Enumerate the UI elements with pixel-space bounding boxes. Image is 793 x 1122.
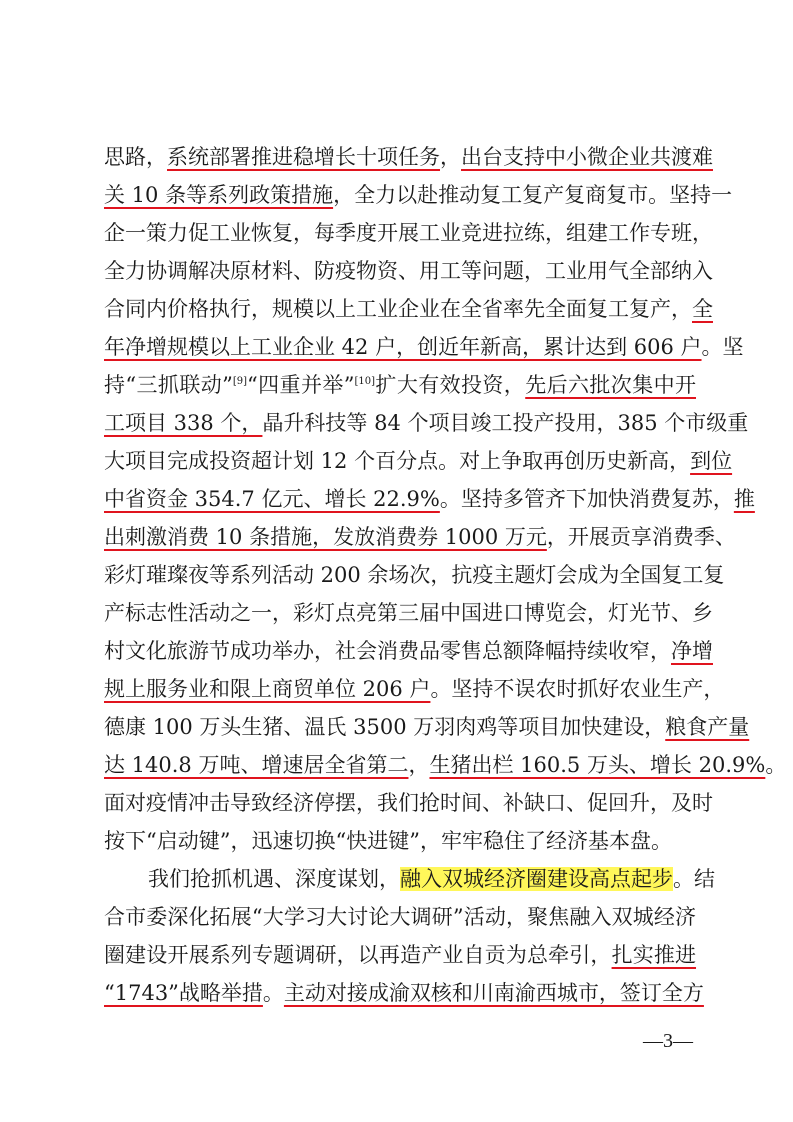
text-line: 村文化旅游节成功举办，社会消费品零售总额降幅持续收窄，净增 <box>104 632 696 670</box>
underlined-text: 到位 <box>690 449 732 473</box>
text-line: 产标志性活动之一，彩灯点亮第三届中国进口博览会，灯光节、乡 <box>104 594 696 632</box>
text-run: 思路， <box>104 145 167 169</box>
text-run: ，开展贡享消费季、 <box>547 525 736 549</box>
document-page: 思路，系统部署推进稳增长十项任务，出台支持中小微企业共渡难关 10 条等系列政策… <box>0 0 793 1122</box>
text-line: 持“三抓联动”[9]“四重并举”[10]扩大有效投资，先后六批次集中开 <box>104 366 696 404</box>
underlined-text: 净增 <box>671 639 713 663</box>
text-line: 全力协调解决原材料、防疫物资、用工等问题，工业用气全部纳入 <box>104 252 696 290</box>
text-run: 圈建设开展系列专题调研，以再造产业自贡为总牵引， <box>104 943 612 967</box>
text-run: 。坚持多管齐下加快消费复苏， <box>440 487 734 511</box>
text-run: ，全力以赴推动复工复产复商复市。坚持一 <box>333 183 732 207</box>
underlined-text: 粮食产量 <box>665 715 749 739</box>
text-line: 面对疫情冲击导致经济停摆，我们抢时间、补缺口、促回升，及时 <box>104 784 696 822</box>
text-run: 扩大有效投资， <box>375 373 525 397</box>
underlined-text: 扎实推进 <box>612 943 696 967</box>
text-run: 。结 <box>673 867 715 891</box>
highlighted-text: 融入双城经济圈建设高点起步 <box>400 867 673 891</box>
text-line: 合同内价格执行，规模以上工业企业在全省率先全面复工复产，全 <box>104 290 696 328</box>
text-run: 。 <box>263 981 284 1005</box>
text-run: 德康 100 万头生猪、温氏 3500 万羽肉鸡等项目加快建设， <box>104 715 665 739</box>
text-run: ， <box>440 145 461 169</box>
text-line: 达 140.8 万吨、增速居全省第二，生猪出栏 160.5 万头、增长 20.9… <box>104 746 696 784</box>
underlined-text: 系统部署推进稳增长十项任务 <box>167 145 440 169</box>
text-line: 规上服务业和限上商贸单位 206 户。坚持不误农时抓好农业生产， <box>104 670 696 708</box>
text-line: “1743”战略举措。主动对接成渝双核和川南渝西城市，签订全方 <box>104 974 696 1012</box>
text-run: 合同内价格执行，规模以上工业企业在全省率先全面复工复产， <box>104 297 692 321</box>
page-number: —3— <box>643 1030 693 1053</box>
text-line: 合市委深化拓展“大学习大讨论大调研”活动，聚焦融入双城经济 <box>104 898 696 936</box>
underlined-text: 出刺激消费 10 条措施，发放消费券 1000 万元 <box>104 525 547 549</box>
underlined-text: 中省资金 354.7 亿元、增长 22.9% <box>104 487 440 511</box>
underlined-text: 年净增规模以上工业企业 42 户，创近年新高，累计达到 606 户 <box>104 335 702 359</box>
text-run: 按下“启动键”，迅速切换“快进键”，牢牢稳住了经济基本盘。 <box>104 829 672 853</box>
text-line: 思路，系统部署推进稳增长十项任务，出台支持中小微企业共渡难 <box>104 138 696 176</box>
underlined-text: 推 <box>734 487 755 511</box>
text-run: 面对疫情冲击导致经济停摆，我们抢时间、补缺口、促回升，及时 <box>104 791 713 815</box>
text-run: 全力协调解决原材料、防疫物资、用工等问题，工业用气全部纳入 <box>104 259 713 283</box>
underlined-text: 关 10 条等系列政策措施 <box>104 183 333 207</box>
text-line: 德康 100 万头生猪、温氏 3500 万羽肉鸡等项目加快建设，粮食产量 <box>104 708 696 746</box>
text-run: 晶升科技等 84 个项目竣工投产投用，385 个市级重 <box>262 411 748 435</box>
underlined-text: “1743”战略举措 <box>104 981 263 1005</box>
text-run: 。坚持不误农时抓好农业生产， <box>430 677 724 701</box>
footnote-ref: [10] <box>355 376 376 387</box>
text-line: 年净增规模以上工业企业 42 户，创近年新高，累计达到 606 户。坚 <box>104 328 696 366</box>
text-run: 大项目完成投资超计划 12 个百分点。对上争取再创历史新高， <box>104 449 690 473</box>
text-run: 村文化旅游节成功举办，社会消费品零售总额降幅持续收窄， <box>104 639 671 663</box>
underlined-text: 出台支持中小微企业共渡难 <box>461 145 713 169</box>
text-line: 彩灯璀璨夜等系列活动 200 余场次，抗疫主题灯会成为全国复工复 <box>104 556 696 594</box>
text-line: 按下“启动键”，迅速切换“快进键”，牢牢稳住了经济基本盘。 <box>104 822 696 860</box>
text-run: “四重并举” <box>247 373 354 397</box>
text-line: 出刺激消费 10 条措施，发放消费券 1000 万元，开展贡享消费季、 <box>104 518 696 556</box>
footnote-ref: [9] <box>233 376 247 387</box>
body-text: 思路，系统部署推进稳增长十项任务，出台支持中小微企业共渡难关 10 条等系列政策… <box>104 138 696 1012</box>
text-line: 我们抢抓机遇、深度谋划，融入双城经济圈建设高点起步。结 <box>104 860 696 898</box>
text-run: 合市委深化拓展“大学习大讨论大调研”活动，聚焦融入双城经济 <box>104 905 696 929</box>
text-run: 。坚 <box>702 335 744 359</box>
text-run: 彩灯璀璨夜等系列活动 200 余场次，抗疫主题灯会成为全国复工复 <box>104 563 724 587</box>
text-line: 工项目 338 个，晶升科技等 84 个项目竣工投产投用，385 个市级重 <box>104 404 696 442</box>
underlined-text: 主动对接成渝双核和川南渝西城市，签订全方 <box>284 981 704 1005</box>
underlined-text: 工项目 338 个， <box>104 411 262 435</box>
text-line: 企一策力促工业恢复，每季度开展工业竞进拉练，组建工作专班， <box>104 214 696 252</box>
underlined-text: 全 <box>692 297 713 321</box>
text-run: 产标志性活动之一，彩灯点亮第三届中国进口博览会，灯光节、乡 <box>104 601 713 625</box>
text-line: 关 10 条等系列政策措施，全力以赴推动复工复产复商复市。坚持一 <box>104 176 696 214</box>
underlined-text: 生猪出栏 160.5 万头、增长 20.9% <box>429 753 765 777</box>
underlined-text: 规上服务业和限上商贸单位 206 户 <box>104 677 430 701</box>
text-line: 大项目完成投资超计划 12 个百分点。对上争取再创历史新高，到位 <box>104 442 696 480</box>
text-line: 圈建设开展系列专题调研，以再造产业自贡为总牵引，扎实推进 <box>104 936 696 974</box>
text-run: 企一策力促工业恢复，每季度开展工业竞进拉练，组建工作专班， <box>104 221 713 245</box>
text-line: 中省资金 354.7 亿元、增长 22.9%。坚持多管齐下加快消费复苏，推 <box>104 480 696 518</box>
underlined-text: 达 140.8 万吨、增速居全省第二 <box>104 753 408 777</box>
underlined-text: 先后六批次集中开 <box>525 373 696 397</box>
text-run: 持“三抓联动” <box>104 373 233 397</box>
text-run: ， <box>408 753 429 777</box>
text-run: 。 <box>765 753 786 777</box>
text-run: 我们抢抓机遇、深度谋划， <box>148 867 400 891</box>
